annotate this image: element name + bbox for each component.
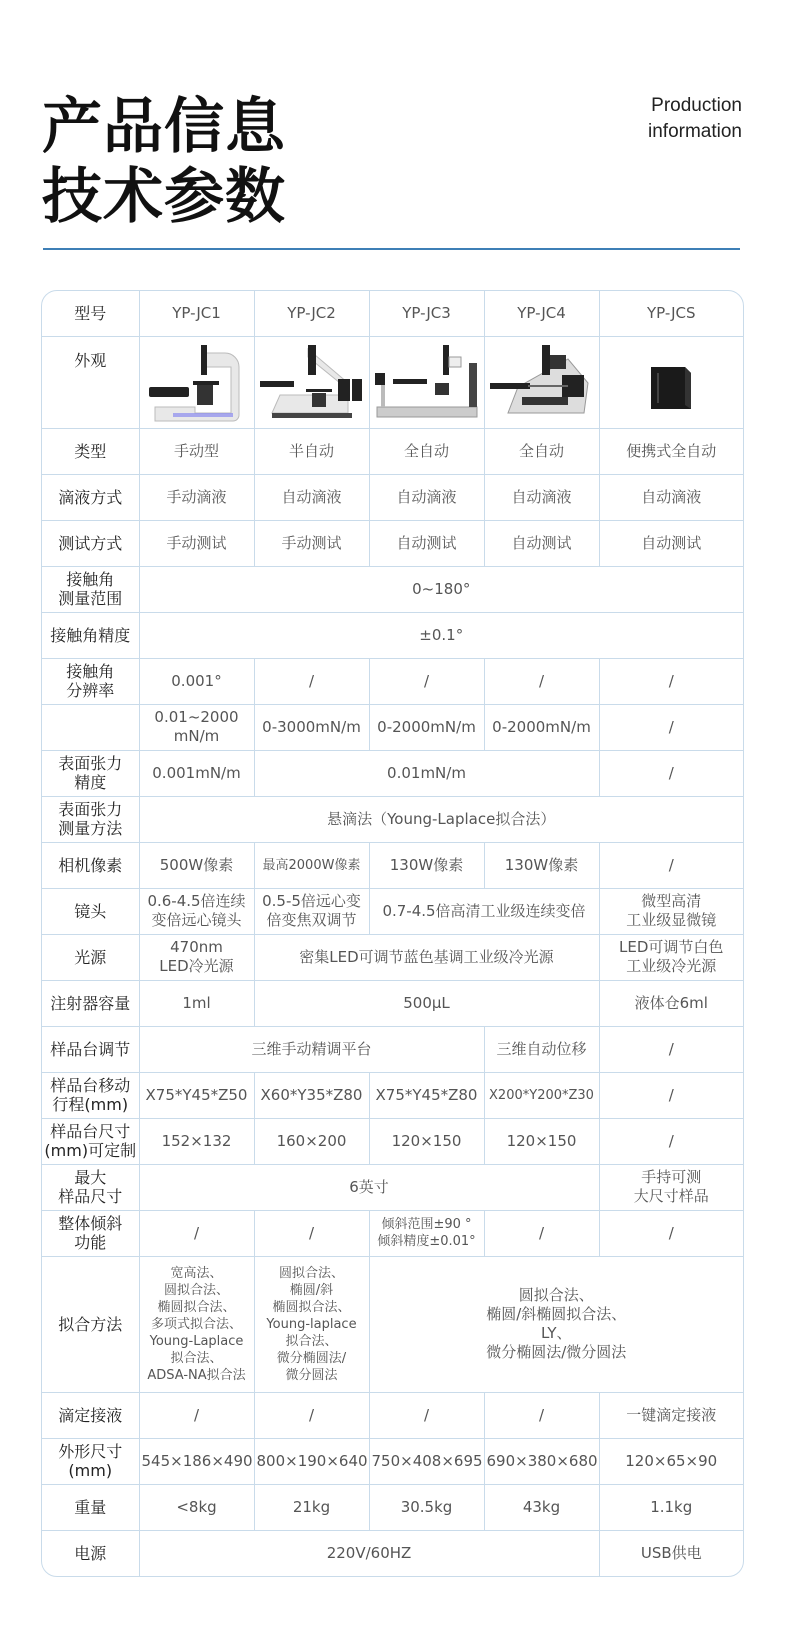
spec-value: 120×65×90 <box>599 1438 743 1484</box>
table-row: 样品台调节三维手动精调平台三维自动位移/ <box>42 1026 743 1072</box>
spec-value: 自动滴液 <box>254 474 369 520</box>
spec-value: 152×132 <box>139 1118 254 1164</box>
row-label: 整体倾斜 功能 <box>42 1210 139 1256</box>
spec-value: 120×150 <box>484 1118 599 1164</box>
row-label: 滴定接液 <box>42 1392 139 1438</box>
spec-value: YP-JC1 <box>139 291 254 336</box>
table-row: 最大 样品尺寸6英寸手持可测 大尺寸样品 <box>42 1164 743 1210</box>
row-label: 表面张力 测量方法 <box>42 796 139 842</box>
table-row: 类型手动型半自动全自动全自动便携式全自动 <box>42 428 743 474</box>
spec-value: 倾斜范围±90 ° 倾斜精度±0.01° <box>369 1210 484 1256</box>
spec-value: 全自动 <box>484 428 599 474</box>
spec-value: / <box>599 704 743 750</box>
page-title: 产品信息 技术参数 <box>42 92 286 232</box>
spec-value: / <box>139 1392 254 1438</box>
row-label: 镜头 <box>42 888 139 934</box>
table-row: 外形尺寸 (mm)545×186×490800×190×640750×408×6… <box>42 1438 743 1484</box>
product-image-cell <box>369 336 484 428</box>
spec-value: 220V/60HZ <box>139 1530 599 1576</box>
row-label: 最大 样品尺寸 <box>42 1164 139 1210</box>
row-label <box>42 704 139 750</box>
spec-value: 一键滴定接液 <box>599 1392 743 1438</box>
table-row: 0.01~2000 mN/m0-3000mN/m0-2000mN/m0-2000… <box>42 704 743 750</box>
row-label: 相机像素 <box>42 842 139 888</box>
spec-value: 便携式全自动 <box>599 428 743 474</box>
title-line-1: 产品信息 <box>42 92 286 162</box>
spec-value: 手动型 <box>139 428 254 474</box>
spec-value: / <box>369 658 484 704</box>
row-label: 外观 <box>42 336 139 428</box>
spec-value: 0.6-4.5倍连续 变倍远心镜头 <box>139 888 254 934</box>
spec-value: ±0.1° <box>139 612 743 658</box>
portable-unit-jcs-image <box>617 343 725 425</box>
spec-value: 自动滴液 <box>369 474 484 520</box>
spec-value: 690×380×680 <box>484 1438 599 1484</box>
spec-value: / <box>254 658 369 704</box>
contact-angle-meter-jc1-image <box>143 343 251 425</box>
row-label: 样品台调节 <box>42 1026 139 1072</box>
spec-value: 全自动 <box>369 428 484 474</box>
spec-value: 0.01mN/m <box>254 750 599 796</box>
row-label: 重量 <box>42 1484 139 1530</box>
spec-value: 圆拟合法、 椭圆/斜 椭圆拟合法、 Young-laplace 拟合法、 微分椭… <box>254 1256 369 1392</box>
row-label: 接触角 测量范围 <box>42 566 139 612</box>
spec-value: <8kg <box>139 1484 254 1530</box>
spec-value: 0-2000mN/m <box>484 704 599 750</box>
row-label: 接触角精度 <box>42 612 139 658</box>
spec-value: / <box>599 658 743 704</box>
spec-value: / <box>599 1210 743 1256</box>
spec-value: / <box>484 658 599 704</box>
spec-value: 三维手动精调平台 <box>139 1026 484 1072</box>
spec-value: / <box>599 842 743 888</box>
row-label: 拟合方法 <box>42 1256 139 1392</box>
spec-value: X60*Y35*Z80 <box>254 1072 369 1118</box>
spec-value: 0~180° <box>139 566 743 612</box>
subtitle-line-1: Production <box>648 93 742 119</box>
subtitle-line-2: information <box>648 119 742 145</box>
spec-value: 宽高法、 圆拟合法、 椭圆拟合法、 多项式拟合法、 Young-Laplace … <box>139 1256 254 1392</box>
row-label: 测试方式 <box>42 520 139 566</box>
table-row: 拟合方法宽高法、 圆拟合法、 椭圆拟合法、 多项式拟合法、 Young-Lapl… <box>42 1256 743 1392</box>
row-label: 型号 <box>42 291 139 336</box>
table-row: 测试方式手动测试手动测试自动测试自动测试自动测试 <box>42 520 743 566</box>
spec-value: 120×150 <box>369 1118 484 1164</box>
table-row: 滴液方式手动滴液自动滴液自动滴液自动滴液自动滴液 <box>42 474 743 520</box>
spec-value: 0.5-5倍远心变 倍变焦双调节 <box>254 888 369 934</box>
spec-value: 1ml <box>139 980 254 1026</box>
row-label: 样品台移动 行程(mm) <box>42 1072 139 1118</box>
spec-value: 0.7-4.5倍高清工业级连续变倍 <box>369 888 599 934</box>
spec-value: X75*Y45*Z80 <box>369 1072 484 1118</box>
spec-value: / <box>599 1072 743 1118</box>
spec-value: 750×408×695 <box>369 1438 484 1484</box>
table-row: 接触角 分辨率0.001°//// <box>42 658 743 704</box>
table-row: 相机像素500W像素最高2000W像素130W像素130W像素/ <box>42 842 743 888</box>
table-row: 型号YP-JC1YP-JC2YP-JC3YP-JC4YP-JCS <box>42 291 743 336</box>
spec-value: 1.1kg <box>599 1484 743 1530</box>
row-label: 滴液方式 <box>42 474 139 520</box>
spec-value: 800×190×640 <box>254 1438 369 1484</box>
spec-value: / <box>139 1210 254 1256</box>
spec-table: 型号YP-JC1YP-JC2YP-JC3YP-JC4YP-JCS外观类型手动型半… <box>42 291 743 1576</box>
spec-value: / <box>599 750 743 796</box>
spec-value: 130W像素 <box>484 842 599 888</box>
contact-angle-meter-jc2-image <box>258 343 366 425</box>
spec-value: YP-JC2 <box>254 291 369 336</box>
spec-value: 自动滴液 <box>599 474 743 520</box>
spec-value: X200*Y200*Z30 <box>484 1072 599 1118</box>
spec-value: / <box>599 1118 743 1164</box>
row-label: 样品台尺寸 (mm)可定制 <box>42 1118 139 1164</box>
spec-value: 0-2000mN/m <box>369 704 484 750</box>
spec-value: 470nm LED冷光源 <box>139 934 254 980</box>
table-row: 样品台移动 行程(mm)X75*Y45*Z50X60*Y35*Z80X75*Y4… <box>42 1072 743 1118</box>
spec-table-container: 型号YP-JC1YP-JC2YP-JC3YP-JC4YP-JCS外观类型手动型半… <box>41 290 744 1577</box>
spec-value: YP-JC4 <box>484 291 599 336</box>
spec-value: 自动测试 <box>484 520 599 566</box>
spec-table-body: 型号YP-JC1YP-JC2YP-JC3YP-JC4YP-JCS外观类型手动型半… <box>42 291 743 1576</box>
spec-value: 手动测试 <box>139 520 254 566</box>
spec-value: 0.01~2000 mN/m <box>139 704 254 750</box>
spec-value: 三维自动位移 <box>484 1026 599 1072</box>
table-row: 外观 <box>42 336 743 428</box>
spec-value: 圆拟合法、 椭圆/斜椭圆拟合法、 LY、 微分椭圆法/微分圆法 <box>369 1256 743 1392</box>
spec-value: 手动测试 <box>254 520 369 566</box>
spec-value: / <box>484 1392 599 1438</box>
spec-value: 545×186×490 <box>139 1438 254 1484</box>
page-subtitle: Production information <box>648 93 742 145</box>
spec-value: 最高2000W像素 <box>254 842 369 888</box>
spec-value: / <box>369 1392 484 1438</box>
spec-value: 21kg <box>254 1484 369 1530</box>
spec-value: 500μL <box>254 980 599 1026</box>
contact-angle-meter-jc3-image <box>373 343 481 425</box>
spec-value: 500W像素 <box>139 842 254 888</box>
spec-value: 0.001° <box>139 658 254 704</box>
table-row: 样品台尺寸 (mm)可定制152×132160×200120×150120×15… <box>42 1118 743 1164</box>
spec-value: 半自动 <box>254 428 369 474</box>
product-image-cell <box>254 336 369 428</box>
row-label: 类型 <box>42 428 139 474</box>
table-row: 接触角 测量范围0~180° <box>42 566 743 612</box>
header-divider <box>43 248 740 250</box>
table-row: 接触角精度±0.1° <box>42 612 743 658</box>
spec-value: 130W像素 <box>369 842 484 888</box>
product-image-cell <box>139 336 254 428</box>
spec-value: 自动滴液 <box>484 474 599 520</box>
table-row: 表面张力 精度0.001mN/m0.01mN/m/ <box>42 750 743 796</box>
table-row: 整体倾斜 功能//倾斜范围±90 ° 倾斜精度±0.01°// <box>42 1210 743 1256</box>
table-row: 重量<8kg21kg30.5kg43kg1.1kg <box>42 1484 743 1530</box>
spec-value: / <box>254 1392 369 1438</box>
product-image-cell <box>599 336 743 428</box>
row-label: 接触角 分辨率 <box>42 658 139 704</box>
spec-value: 自动测试 <box>369 520 484 566</box>
spec-value: YP-JC3 <box>369 291 484 336</box>
spec-value: USB供电 <box>599 1530 743 1576</box>
spec-value: 0-3000mN/m <box>254 704 369 750</box>
spec-value: LED可调节白色 工业级冷光源 <box>599 934 743 980</box>
spec-value: 30.5kg <box>369 1484 484 1530</box>
spec-value: 0.001mN/m <box>139 750 254 796</box>
product-image-cell <box>484 336 599 428</box>
spec-value: 液体仓6ml <box>599 980 743 1026</box>
spec-value: 密集LED可调节蓝色基调工业级冷光源 <box>254 934 599 980</box>
spec-value: 自动测试 <box>599 520 743 566</box>
spec-value: 微型高清 工业级显微镜 <box>599 888 743 934</box>
table-row: 电源220V/60HZUSB供电 <box>42 1530 743 1576</box>
spec-value: 手持可测 大尺寸样品 <box>599 1164 743 1210</box>
spec-value: 43kg <box>484 1484 599 1530</box>
table-row: 光源470nm LED冷光源密集LED可调节蓝色基调工业级冷光源LED可调节白色… <box>42 934 743 980</box>
table-row: 镜头0.6-4.5倍连续 变倍远心镜头0.5-5倍远心变 倍变焦双调节0.7-4… <box>42 888 743 934</box>
contact-angle-meter-jc4-image <box>488 343 596 425</box>
spec-value: X75*Y45*Z50 <box>139 1072 254 1118</box>
row-label: 表面张力 精度 <box>42 750 139 796</box>
spec-value: 160×200 <box>254 1118 369 1164</box>
spec-value: 悬滴法（Young-Laplace拟合法） <box>139 796 743 842</box>
spec-value: 6英寸 <box>139 1164 599 1210</box>
title-line-2: 技术参数 <box>42 162 286 232</box>
row-label: 外形尺寸 (mm) <box>42 1438 139 1484</box>
row-label: 注射器容量 <box>42 980 139 1026</box>
row-label: 光源 <box>42 934 139 980</box>
spec-value: / <box>484 1210 599 1256</box>
spec-value: 手动滴液 <box>139 474 254 520</box>
table-row: 表面张力 测量方法悬滴法（Young-Laplace拟合法） <box>42 796 743 842</box>
row-label: 电源 <box>42 1530 139 1576</box>
spec-value: / <box>599 1026 743 1072</box>
table-row: 注射器容量1ml500μL液体仓6ml <box>42 980 743 1026</box>
table-row: 滴定接液////一键滴定接液 <box>42 1392 743 1438</box>
spec-value: / <box>254 1210 369 1256</box>
spec-value: YP-JCS <box>599 291 743 336</box>
